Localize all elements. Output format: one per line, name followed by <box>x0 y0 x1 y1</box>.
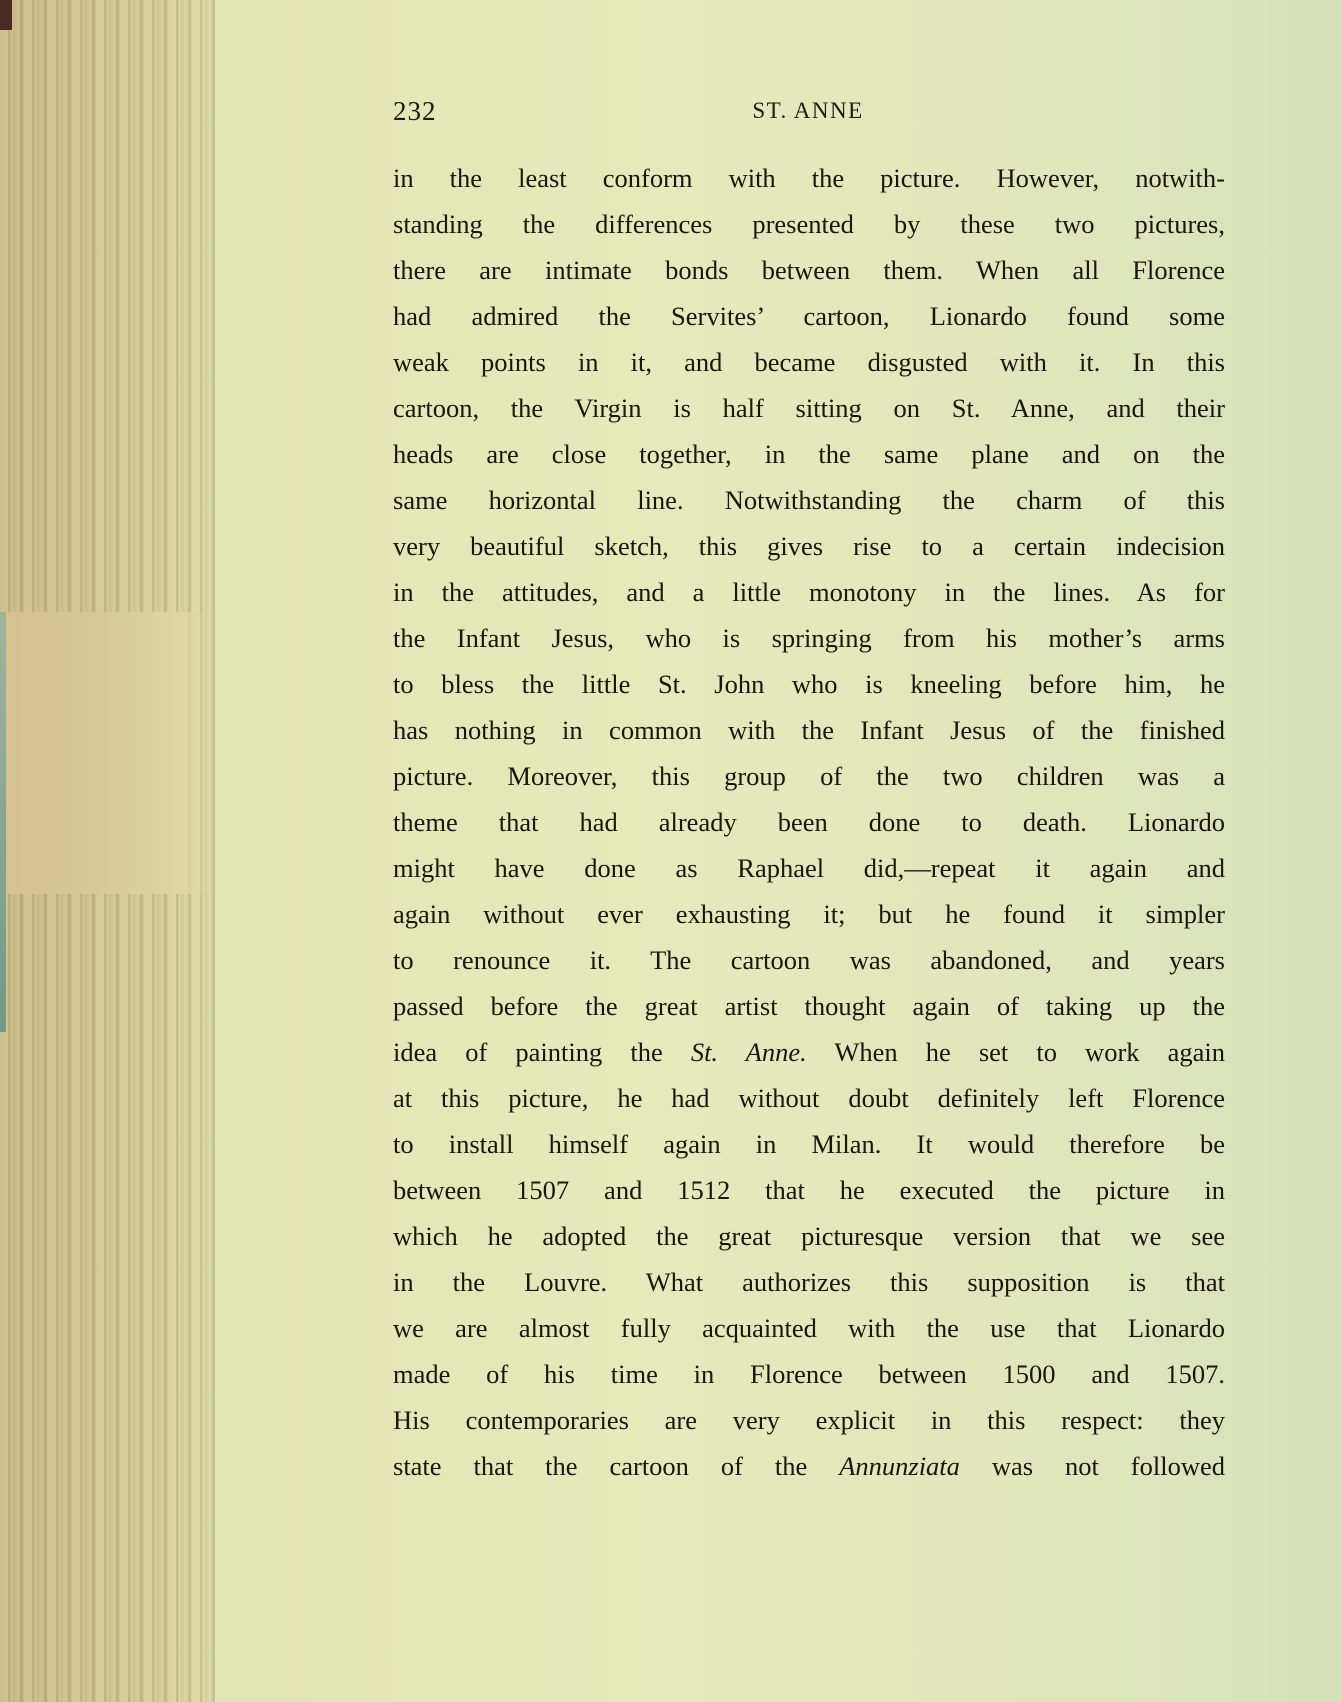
text-line: idea of painting the St. Anne. When he s… <box>393 1029 1225 1075</box>
text-line: theme that had already been done to deat… <box>393 799 1225 845</box>
text-run: idea of painting the <box>393 1037 691 1067</box>
text-line: to install himself again in Milan. It wo… <box>393 1121 1225 1167</box>
running-title: ST. ANNE <box>393 98 1223 124</box>
text-line: has nothing in common with the Infant Je… <box>393 707 1225 753</box>
text-line: cartoon, the Virgin is half sitting on S… <box>393 385 1225 431</box>
text-line: at this picture, he had without doubt de… <box>393 1075 1225 1121</box>
text-line: to bless the little St. John who is knee… <box>393 661 1225 707</box>
text-line: state that the cartoon of the Annunziata… <box>393 1443 1225 1489</box>
text-line: in the Louvre. What authorizes this supp… <box>393 1259 1225 1305</box>
book-cover-edge <box>0 0 12 30</box>
text-line: in the attitudes, and a little monotony … <box>393 569 1225 615</box>
text-line: made of his time in Florence between 150… <box>393 1351 1225 1397</box>
text-line: again without ever exhausting it; but he… <box>393 891 1225 937</box>
text-line: to renounce it. The cartoon was abandone… <box>393 937 1225 983</box>
text-run: state that the cartoon of the <box>393 1451 839 1481</box>
text-line: standing the differences presented by th… <box>393 201 1225 247</box>
book-page-edges <box>0 0 215 1702</box>
text-line: His contemporaries are very explicit in … <box>393 1397 1225 1443</box>
text-line: very beautiful sketch, this gives rise t… <box>393 523 1225 569</box>
body-text: in the least conform with the picture. H… <box>393 155 1225 1489</box>
text-line: which he adopted the great picturesque v… <box>393 1213 1225 1259</box>
page-edge-band <box>0 612 215 894</box>
text-line: weak points in it, and became disgusted … <box>393 339 1225 385</box>
text-line: we are almost fully acquainted with the … <box>393 1305 1225 1351</box>
text-line: passed before the great artist thought a… <box>393 983 1225 1029</box>
text-line: heads are close together, in the same pl… <box>393 431 1225 477</box>
book-cover-edge-teal <box>0 612 6 1032</box>
text-line: there are intimate bonds between them. W… <box>393 247 1225 293</box>
italic-title: St. Anne. <box>691 1037 807 1067</box>
text-line: picture. Moreover, this group of the two… <box>393 753 1225 799</box>
text-line: in the least conform with the picture. H… <box>393 155 1225 201</box>
text-line: might have done as Raphael did,—repeat i… <box>393 845 1225 891</box>
italic-title: Annunziata <box>839 1451 960 1481</box>
text-line: had admired the Servites’ cartoon, Liona… <box>393 293 1225 339</box>
text-line: between 1507 and 1512 that he executed t… <box>393 1167 1225 1213</box>
text-run: was not followed <box>960 1451 1225 1481</box>
page-header: 232 ST. ANNE <box>393 96 1223 136</box>
text-line: same horizontal line. Notwithstanding th… <box>393 477 1225 523</box>
text-line: the Infant Jesus, who is springing from … <box>393 615 1225 661</box>
text-run: When he set to work again <box>807 1037 1225 1067</box>
